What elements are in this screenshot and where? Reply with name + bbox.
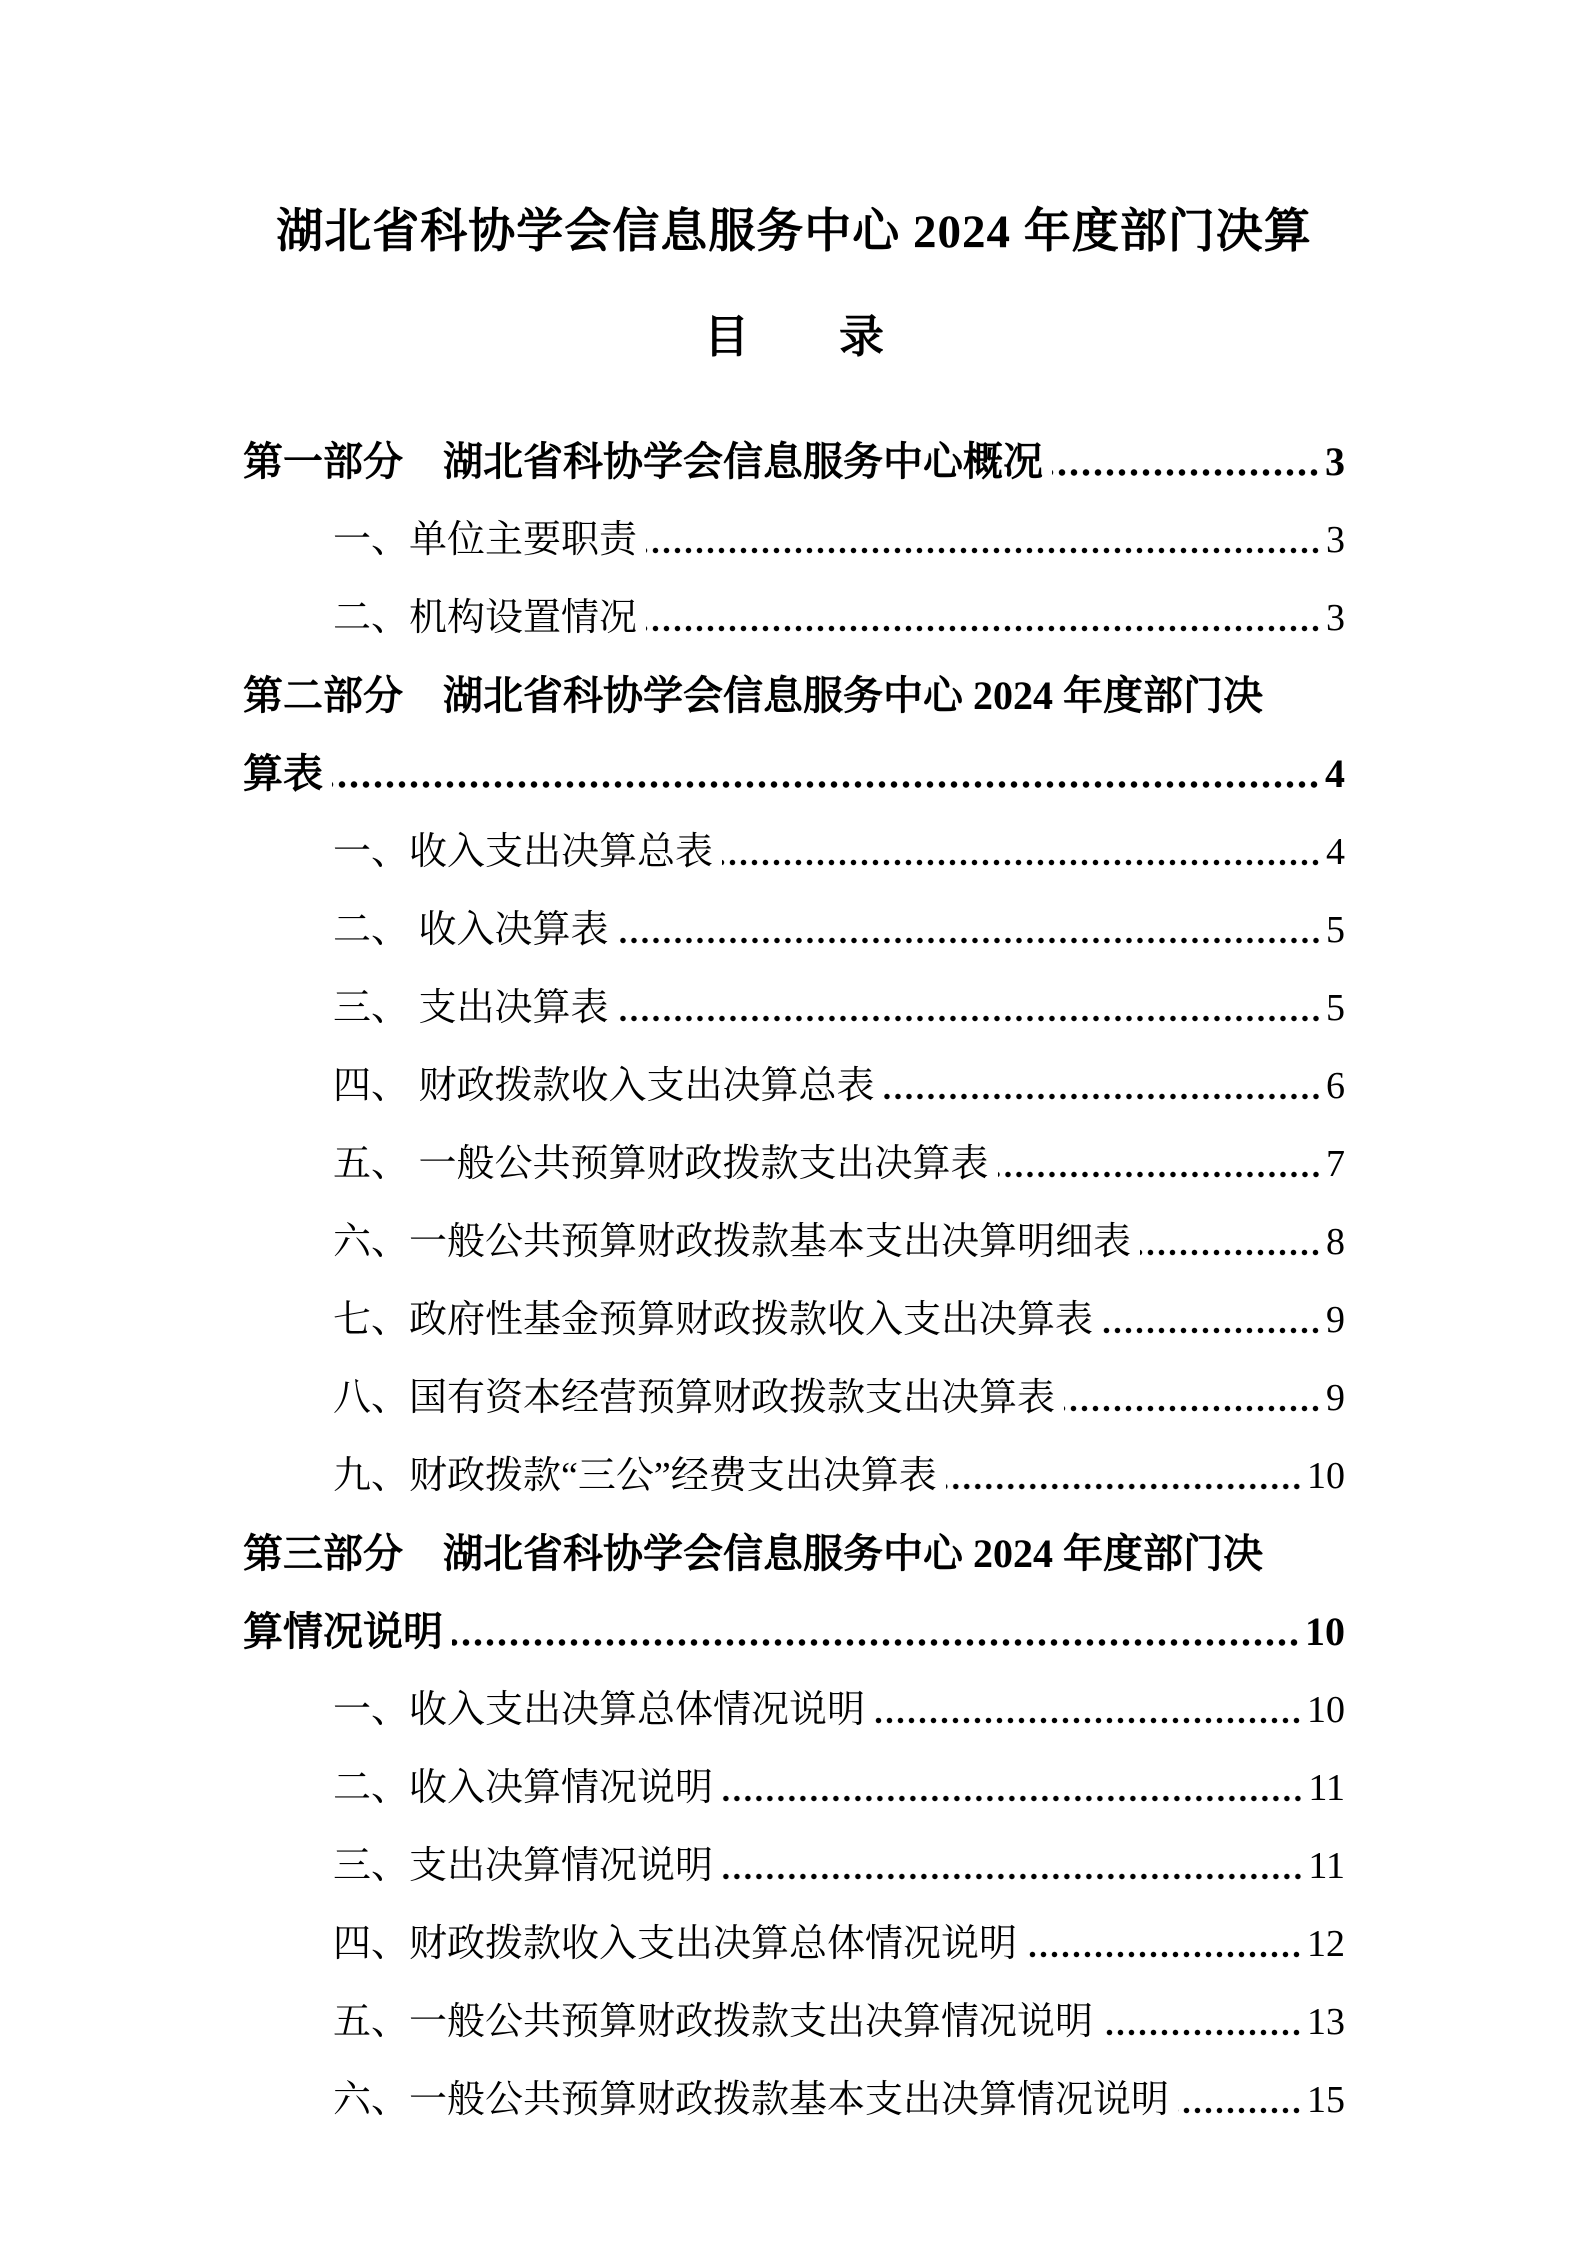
toc-dot-leader [1026,1951,1302,1958]
toc-dot-leader [332,781,1320,788]
toc-entry[interactable]: 二、 收入决算表 5 [243,880,1345,958]
toc-entry[interactable]: 九、财政拨款“三公”经费支出决算表 10 [243,1426,1345,1504]
toc-entry[interactable]: 八、国有资本经营预算财政拨款支出决算表 9 [243,1348,1345,1426]
toc-dot-leader [1052,469,1320,476]
toc-page-number: 6 [1326,1066,1345,1108]
toc-entry-text: 第一部分 湖北省科协学会信息服务中心概况 [243,440,1043,484]
toc-entry-text: 一、单位主要职责 [333,520,637,562]
toc-entry-text: 二、机构设置情况 [333,598,637,640]
toc-dot-leader [884,1093,1321,1100]
toc-entry-text: 九、财政拨款“三公”经费支出决算表 [333,1456,937,1498]
toc-page-number: 9 [1326,1300,1345,1342]
toc-page-number: 5 [1326,988,1345,1030]
toc-entry-text: 四、 财政拨款收入支出决算总表 [333,1066,875,1108]
toc-page-number: 3 [1326,598,1345,640]
toc-entry-text: 八、国有资本经营预算财政拨款支出决算表 [333,1378,1055,1420]
toc-entry-text: 一、收入支出决算总体情况说明 [333,1690,865,1732]
toc-entry-text: 一、收入支出决算总表 [333,832,713,874]
toc-entry[interactable]: 一、收入支出决算总表 4 [243,802,1345,880]
toc-page-number: 7 [1326,1144,1345,1186]
toc-entry[interactable]: 七、政府性基金预算财政拨款收入支出决算表 9 [243,1270,1345,1348]
toc-dot-leader [618,1015,1321,1022]
toc-entry[interactable]: 二、收入决算情况说明 11 [243,1738,1345,1816]
toc-entry[interactable]: 算表 4 [243,724,1345,802]
toc-entry-text: 五、 一般公共预算财政拨款支出决算表 [333,1144,989,1186]
toc-page-number: 10 [1307,1690,1345,1732]
toc-page-number: 11 [1308,1768,1345,1810]
toc-page-number: 3 [1326,520,1345,562]
toc-page-number: 4 [1326,832,1345,874]
toc-page-number: 10 [1307,1456,1345,1498]
table-of-contents: 第一部分 湖北省科协学会信息服务中心概况 3 一、单位主要职责 3 二、机构设置… [243,412,1345,2128]
toc-entry[interactable]: 五、一般公共预算财政拨款支出决算情况说明 13 [243,1972,1345,2050]
document-title: 湖北省科协学会信息服务中心 2024 年度部门决算 [243,204,1345,260]
toc-page-number: 4 [1325,752,1345,796]
toc-dot-leader [1064,1405,1321,1412]
toc-entry[interactable]: 三、支出决算情况说明 11 [243,1816,1345,1894]
toc-dot-leader [452,1639,1300,1646]
toc-page-number: 8 [1326,1222,1345,1264]
toc-page-number: 15 [1307,2080,1345,2122]
toc-entry-text: 三、 支出决算表 [333,988,609,1030]
toc-page-number: 12 [1307,1924,1345,1966]
toc-entry[interactable]: 第二部分 湖北省科协学会信息服务中心 2024 年度部门决 [243,646,1345,724]
toc-heading: 目 录 [243,310,1345,364]
toc-dot-leader [646,547,1321,554]
toc-dot-leader [1102,2029,1302,2036]
toc-dot-leader [722,1873,1303,1880]
toc-entry[interactable]: 一、单位主要职责 3 [243,490,1345,568]
toc-page-number: 9 [1326,1378,1345,1420]
toc-entry-text: 二、 收入决算表 [333,910,609,952]
toc-entry-text: 五、一般公共预算财政拨款支出决算情况说明 [333,2002,1093,2044]
toc-entry[interactable]: 一、收入支出决算总体情况说明 10 [243,1660,1345,1738]
document-page: 湖北省科协学会信息服务中心 2024 年度部门决算 目 录 第一部分 湖北省科协… [0,0,1587,2245]
toc-entry-text: 算表 [243,752,323,796]
toc-entry-text: 算情况说明 [243,1610,443,1654]
toc-page-number: 13 [1307,2002,1345,2044]
toc-entry[interactable]: 四、财政拨款收入支出决算总体情况说明 12 [243,1894,1345,1972]
toc-dot-leader [722,1795,1303,1802]
toc-dot-leader [722,859,1321,866]
toc-entry-text: 六、一般公共预算财政拨款基本支出决算明细表 [333,1222,1131,1264]
toc-entry[interactable]: 第三部分 湖北省科协学会信息服务中心 2024 年度部门决 [243,1504,1345,1582]
toc-entry-text: 四、财政拨款收入支出决算总体情况说明 [333,1924,1017,1966]
toc-entry-text: 三、支出决算情况说明 [333,1846,713,1888]
toc-dot-leader [874,1717,1302,1724]
toc-entry[interactable]: 六、一般公共预算财政拨款基本支出决算情况说明 15 [243,2050,1345,2128]
toc-entry[interactable]: 六、一般公共预算财政拨款基本支出决算明细表 8 [243,1192,1345,1270]
toc-entry-text: 第三部分 湖北省科协学会信息服务中心 2024 年度部门决 [243,1532,1263,1576]
toc-dot-leader [946,1483,1302,1490]
toc-dot-leader [618,937,1321,944]
toc-dot-leader [646,625,1321,632]
toc-dot-leader [998,1171,1321,1178]
toc-page-number: 11 [1308,1846,1345,1888]
toc-entry-text: 七、政府性基金预算财政拨款收入支出决算表 [333,1300,1093,1342]
toc-entry[interactable]: 三、 支出决算表 5 [243,958,1345,1036]
toc-entry-text: 二、收入决算情况说明 [333,1768,713,1810]
toc-entry-text: 第二部分 湖北省科协学会信息服务中心 2024 年度部门决 [243,674,1263,718]
toc-page-number: 3 [1325,440,1345,484]
toc-entry[interactable]: 四、 财政拨款收入支出决算总表 6 [243,1036,1345,1114]
toc-dot-leader [1102,1327,1321,1334]
toc-dot-leader [1178,2107,1302,2114]
toc-page-number: 10 [1305,1610,1345,1654]
toc-entry[interactable]: 第一部分 湖北省科协学会信息服务中心概况 3 [243,412,1345,490]
toc-entry[interactable]: 二、机构设置情况 3 [243,568,1345,646]
toc-entry-text: 六、一般公共预算财政拨款基本支出决算情况说明 [333,2080,1169,2122]
toc-dot-leader [1140,1249,1321,1256]
toc-entry[interactable]: 五、 一般公共预算财政拨款支出决算表 7 [243,1114,1345,1192]
toc-entry[interactable]: 算情况说明 10 [243,1582,1345,1660]
toc-page-number: 5 [1326,910,1345,952]
